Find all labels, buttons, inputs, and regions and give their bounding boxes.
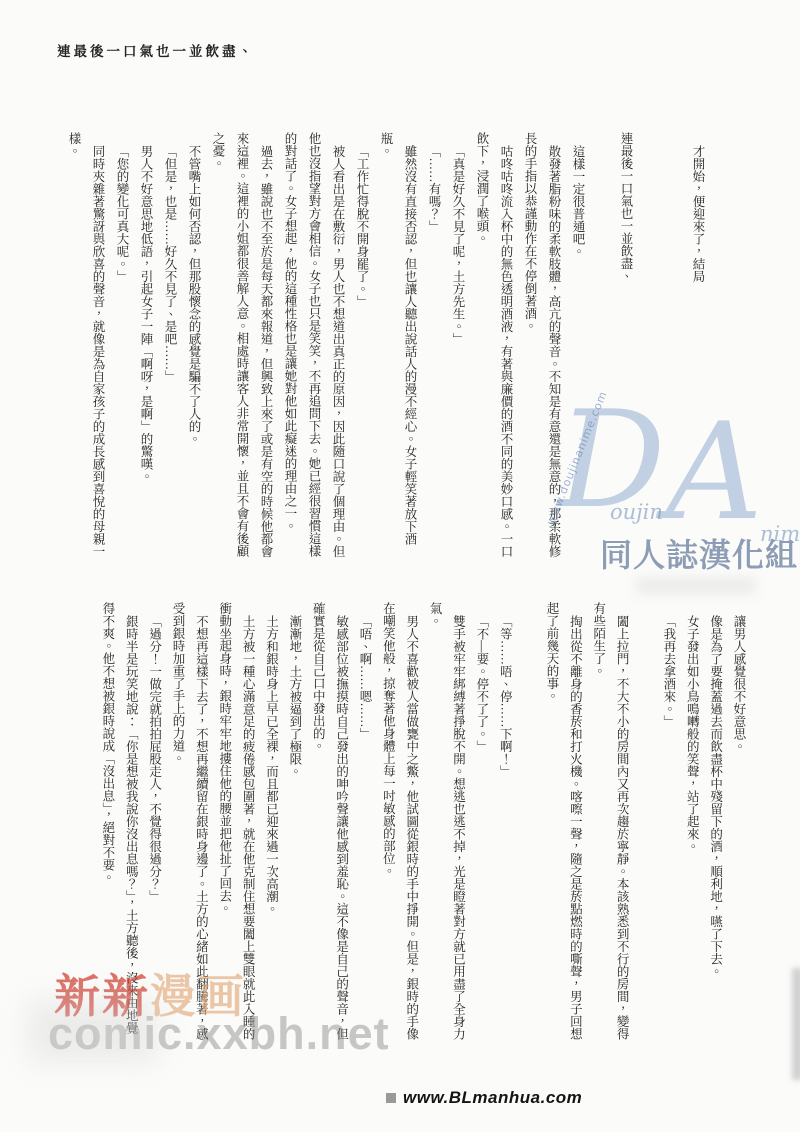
paragraph: 「我再去拿酒來。」 bbox=[657, 602, 680, 1040]
page-header: 連最後一口氣也一並飲盡、 bbox=[57, 40, 255, 60]
logo-text-oujin: oujin bbox=[610, 500, 663, 524]
paragraph: 「工作忙得脫不開身罷了。」 bbox=[350, 132, 374, 562]
paragraph: 「但是，也是……好久不見了、是吧……」 bbox=[158, 132, 182, 562]
paragraph: 雙手被牢牢綁縛著掙脫不開。想逃也逃不掉，光是瞪著對方就已用盡了全身力氣。 bbox=[423, 602, 470, 1040]
paragraph: 「……有嗎？」 bbox=[422, 132, 446, 562]
paragraph: 「真是好久不見了呢，土方先生。」 bbox=[446, 132, 470, 562]
paragraph: 像是為了要掩蓋過去而飲盡杯中殘留下的酒，順利地，嚥了下去。 bbox=[703, 602, 726, 1040]
scanlation-group-name: 同人誌漢化組 bbox=[600, 530, 798, 576]
scanned-novel-page: { "page_header": "連最後一口氣也一並飲盡、", "top_bl… bbox=[0, 0, 800, 1132]
paragraph: 「等……唔、停……下啊！」 bbox=[493, 602, 516, 1040]
logo-letter-a: A bbox=[666, 394, 763, 550]
footer-site-text: www.BLmanhua.com bbox=[403, 1088, 582, 1108]
paragraph: 土方和銀時身上早已全裸，而且都已迎來過一次高潮。 bbox=[259, 602, 282, 1040]
blank-column bbox=[516, 602, 539, 1040]
doujinanime-watermark-logo: D A oujin nime www.doujinanime.com 同人誌漢化… bbox=[548, 402, 800, 587]
blank-column bbox=[633, 602, 656, 1040]
paragraph: 咕咚咕咚流入杯中的無色透明酒液，有著與廉價的酒不同的美妙口感。一口飲下，浸潤了喉… bbox=[470, 132, 518, 562]
paragraph: 掏出從不離身的香菸和打火機。喀嚓一聲，隨之是菸點燃時的嘶聲，男子回想起了前幾天的… bbox=[540, 602, 587, 1040]
paragraph: 雖然沒有直接否認，但也讓人聽出說話人的漫不經心。女子輕笑著放下酒瓶。 bbox=[374, 132, 422, 562]
paragraph: 「唔、啊……嗯……」 bbox=[353, 602, 376, 1040]
paragraph: 「您的變化可真大呢。」 bbox=[110, 132, 134, 562]
blmanhua-footer-watermark: www.BLmanhua.com bbox=[386, 1088, 582, 1108]
scan-artifact-right-edge bbox=[792, 968, 800, 1080]
paragraph: 男人不好意思地低語，引起女子一陣「啊呀，是啊」的驚嘆。 bbox=[134, 132, 158, 562]
paragraph: 同時夾雜著驚訝與欣喜的聲音，就像是為自家孩子的成長感到喜悅的母親一樣。 bbox=[62, 132, 110, 562]
paragraph: 闔上拉門，不大不小的房間內又再次趨於寧靜。本該熟悉到不行的房間，變得有些陌生了。 bbox=[586, 602, 633, 1040]
paragraph: 被人看出是在敷衍，男人也不想道出真正的原因，因此隨口說了個理由。但他也沒指望對方… bbox=[278, 132, 350, 562]
paragraph: 過去，雖說也不至於是每天都來報道，但興致上來了或是有空的時候他都會來這裡。這裡的… bbox=[206, 132, 278, 562]
paragraph: 男人不喜歡被人當做甕中之鱉，他試圖從銀時的手中掙開。但是，銀時的手像在嘲笑他般，… bbox=[376, 602, 423, 1040]
comic-xxbh-net-watermark: comic.xxbh.net bbox=[48, 1008, 390, 1060]
paragraph: 漸漸地，土方被逼到了極限。 bbox=[283, 602, 306, 1040]
paragraph: 「不—要。停不了了。」 bbox=[470, 602, 493, 1040]
paragraph: 不管嘴上如何否認，但那股懷念的感覺是騙不了人的。 bbox=[182, 132, 206, 562]
paragraph: 女子發出如小鳥鳴囀般的笑聲，站了起來。 bbox=[680, 602, 703, 1040]
footer-square-bullet-icon bbox=[386, 1093, 396, 1103]
paragraph: 敏感部位被撫摸時自己發出的呻吟聲讓他感到羞恥。這不像是自己的聲音，但確實是從自己… bbox=[306, 602, 353, 1040]
paragraph: 讓男人感覺很不好意思。 bbox=[727, 602, 750, 1040]
